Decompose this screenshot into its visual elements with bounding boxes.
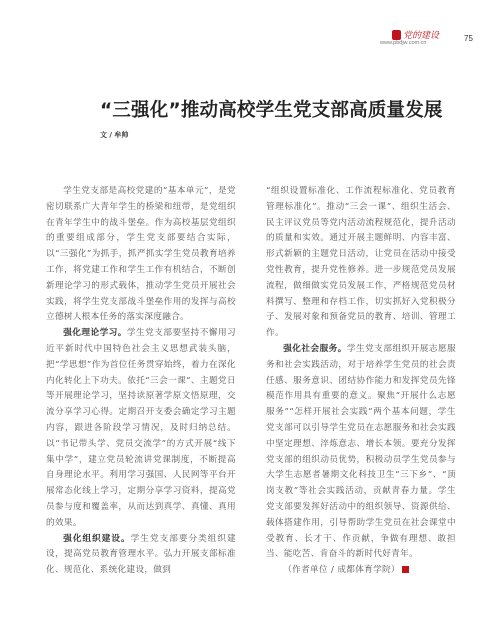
paragraph-organization: 强化组织建设。学生党支部要分类组织建设，提高党员教育管理水平。弘力开展支部标准化… (46, 532, 236, 579)
affiliation-text: （作者单位 / 成都体育学院） (283, 565, 400, 575)
logo-url: www.pbdjw.com.cn (380, 40, 426, 46)
end-of-article-icon (402, 566, 409, 573)
section-heading-theory-study: 强化理论学习。 (63, 328, 127, 338)
article-title: “三强化”推动高校学生党支部高质量发展 (100, 96, 443, 122)
section-heading-organization: 强化组织建设。 (63, 534, 130, 544)
author-affiliation: （作者单位 / 成都体育学院） (266, 563, 456, 579)
article-column-right: “组织设置标准化、工作流程标准化、党员教育管理标准化”。推动“三会一课”、组织生… (266, 184, 456, 579)
section-heading-social-service: 强化社会服务。 (283, 344, 347, 354)
magazine-logo: 党的建设 www.pbdjw.com.cn (380, 30, 458, 48)
paragraph-body: 学生党支部要坚持不懈用习近平新时代中国特色社会主义思想武装头脑，把“学思想”作为… (46, 328, 236, 528)
paragraph-organization-cont: “组织设置标准化、工作流程标准化、党员教育管理标准化”。推动“三会一课”、组织生… (266, 184, 456, 342)
page-header: 党的建设 www.pbdjw.com.cn 75 (0, 0, 485, 50)
paragraph-theory-study: 强化理论学习。学生党支部要坚持不懈用习近平新时代中国特色社会主义思想武装头脑，把… (46, 326, 236, 531)
page-number: 75 (464, 34, 473, 43)
paragraph-intro: 学生党支部是高校党建的“基本单元”，是党密切联系广大青年学生的桥梁和纽带，是党组… (46, 184, 236, 326)
article-byline: 文 / 牟帅 (100, 130, 128, 140)
article-column-left: 学生党支部是高校党建的“基本单元”，是党密切联系广大青年学生的桥梁和纽带，是党组… (46, 184, 236, 579)
paragraph-body: 学生党支部组织开展志愿服务和社会实践活动，对于培养学生党员的社会责任感、服务意识… (266, 344, 456, 559)
logo-emblem-icon (392, 30, 401, 40)
paragraph-social-service: 强化社会服务。学生党支部组织开展志愿服务和社会实践活动，对于培养学生党员的社会责… (266, 342, 456, 563)
